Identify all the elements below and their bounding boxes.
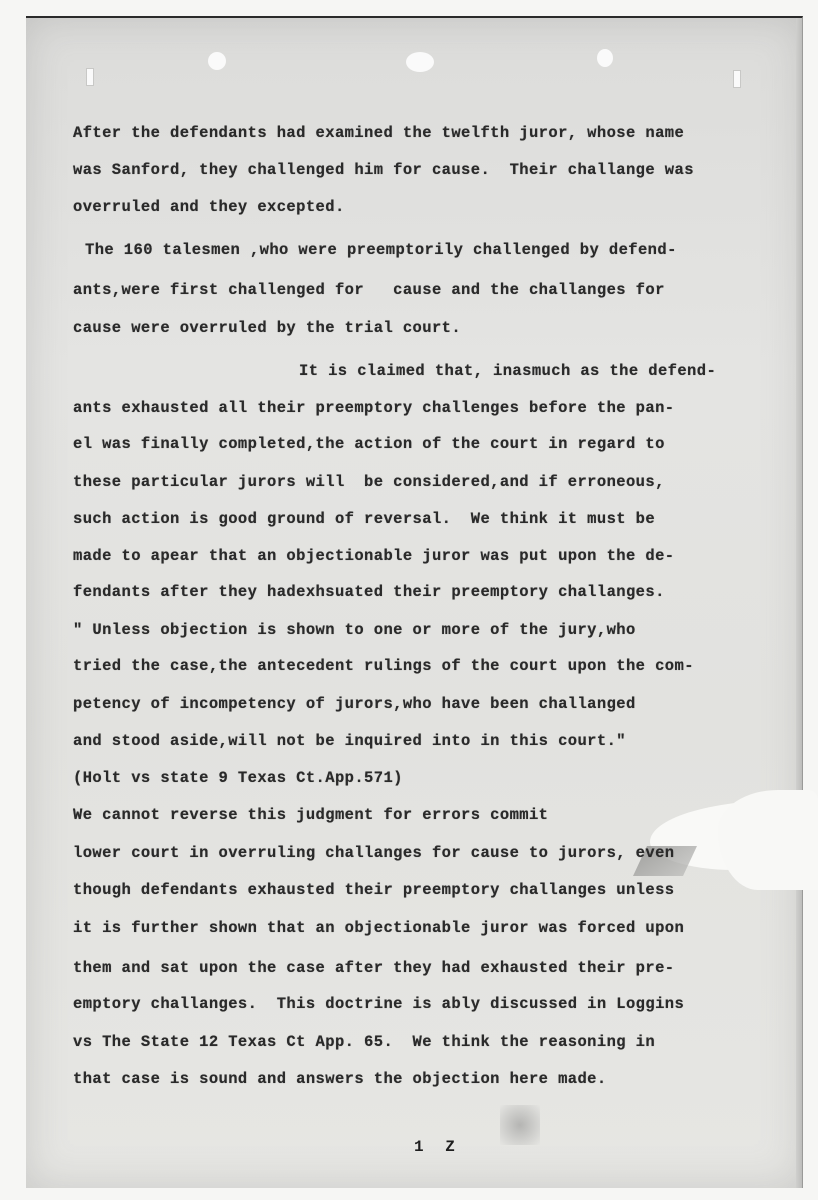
text-line: though defendants exhausted their preemp… <box>73 881 675 899</box>
text-line: (Holt vs state 9 Texas Ct.App.571) <box>73 769 403 787</box>
text-line: el was finally completed,the action of t… <box>73 435 665 453</box>
text-line: overruled and they excepted. <box>73 198 345 216</box>
text-line: and stood aside,will not be inquired int… <box>73 732 626 750</box>
binder-slot-left <box>86 68 94 86</box>
text-line: lower court in overruling challanges for… <box>73 844 675 862</box>
page-edge <box>796 18 802 1188</box>
text-line: made to apear that an objectionable juro… <box>73 547 675 565</box>
text-line: ants exhausted all their preemptory chal… <box>73 399 675 417</box>
text-line: was Sanford, they challenged him for cau… <box>73 161 694 179</box>
text-line: such action is good ground of reversal. … <box>73 510 655 528</box>
text-line: it is further shown that an objectionabl… <box>73 919 684 937</box>
text-line: It is claimed that, inasmuch as the defe… <box>299 362 716 380</box>
text-line: vs The State 12 Texas Ct App. 65. We thi… <box>73 1033 655 1051</box>
text-line: petency of incompetency of jurors,who ha… <box>73 695 636 713</box>
text-line: " Unless objection is shown to one or mo… <box>73 621 636 639</box>
text-line: that case is sound and answers the objec… <box>73 1070 607 1088</box>
punch-hole-3 <box>597 49 613 67</box>
text-line: fendants after they hadexhsuated their p… <box>73 583 665 601</box>
page-number: 1 Z <box>414 1138 461 1156</box>
text-line: ants,were first challenged for cause and… <box>73 281 665 299</box>
text-line: emptory challanges. This doctrine is abl… <box>73 995 684 1013</box>
ink-smudge <box>500 1105 540 1145</box>
text-line: After the defendants had examined the tw… <box>73 124 684 142</box>
text-line: cause were overruled by the trial court. <box>73 319 461 337</box>
scanned-document: After the defendants had examined the tw… <box>0 0 818 1200</box>
punch-hole-1 <box>208 52 226 70</box>
text-line: tried the case,the antecedent rulings of… <box>73 657 694 675</box>
torn-corner <box>718 790 818 890</box>
text-line: them and sat upon the case after they ha… <box>73 959 675 977</box>
text-line: We cannot reverse this judgment for erro… <box>73 806 548 824</box>
text-line: The 160 talesmen ,who were preemptorily … <box>85 241 677 259</box>
text-line: these particular jurors will be consider… <box>73 473 665 491</box>
punch-hole-2 <box>406 52 434 72</box>
binder-slot-right <box>733 70 741 88</box>
